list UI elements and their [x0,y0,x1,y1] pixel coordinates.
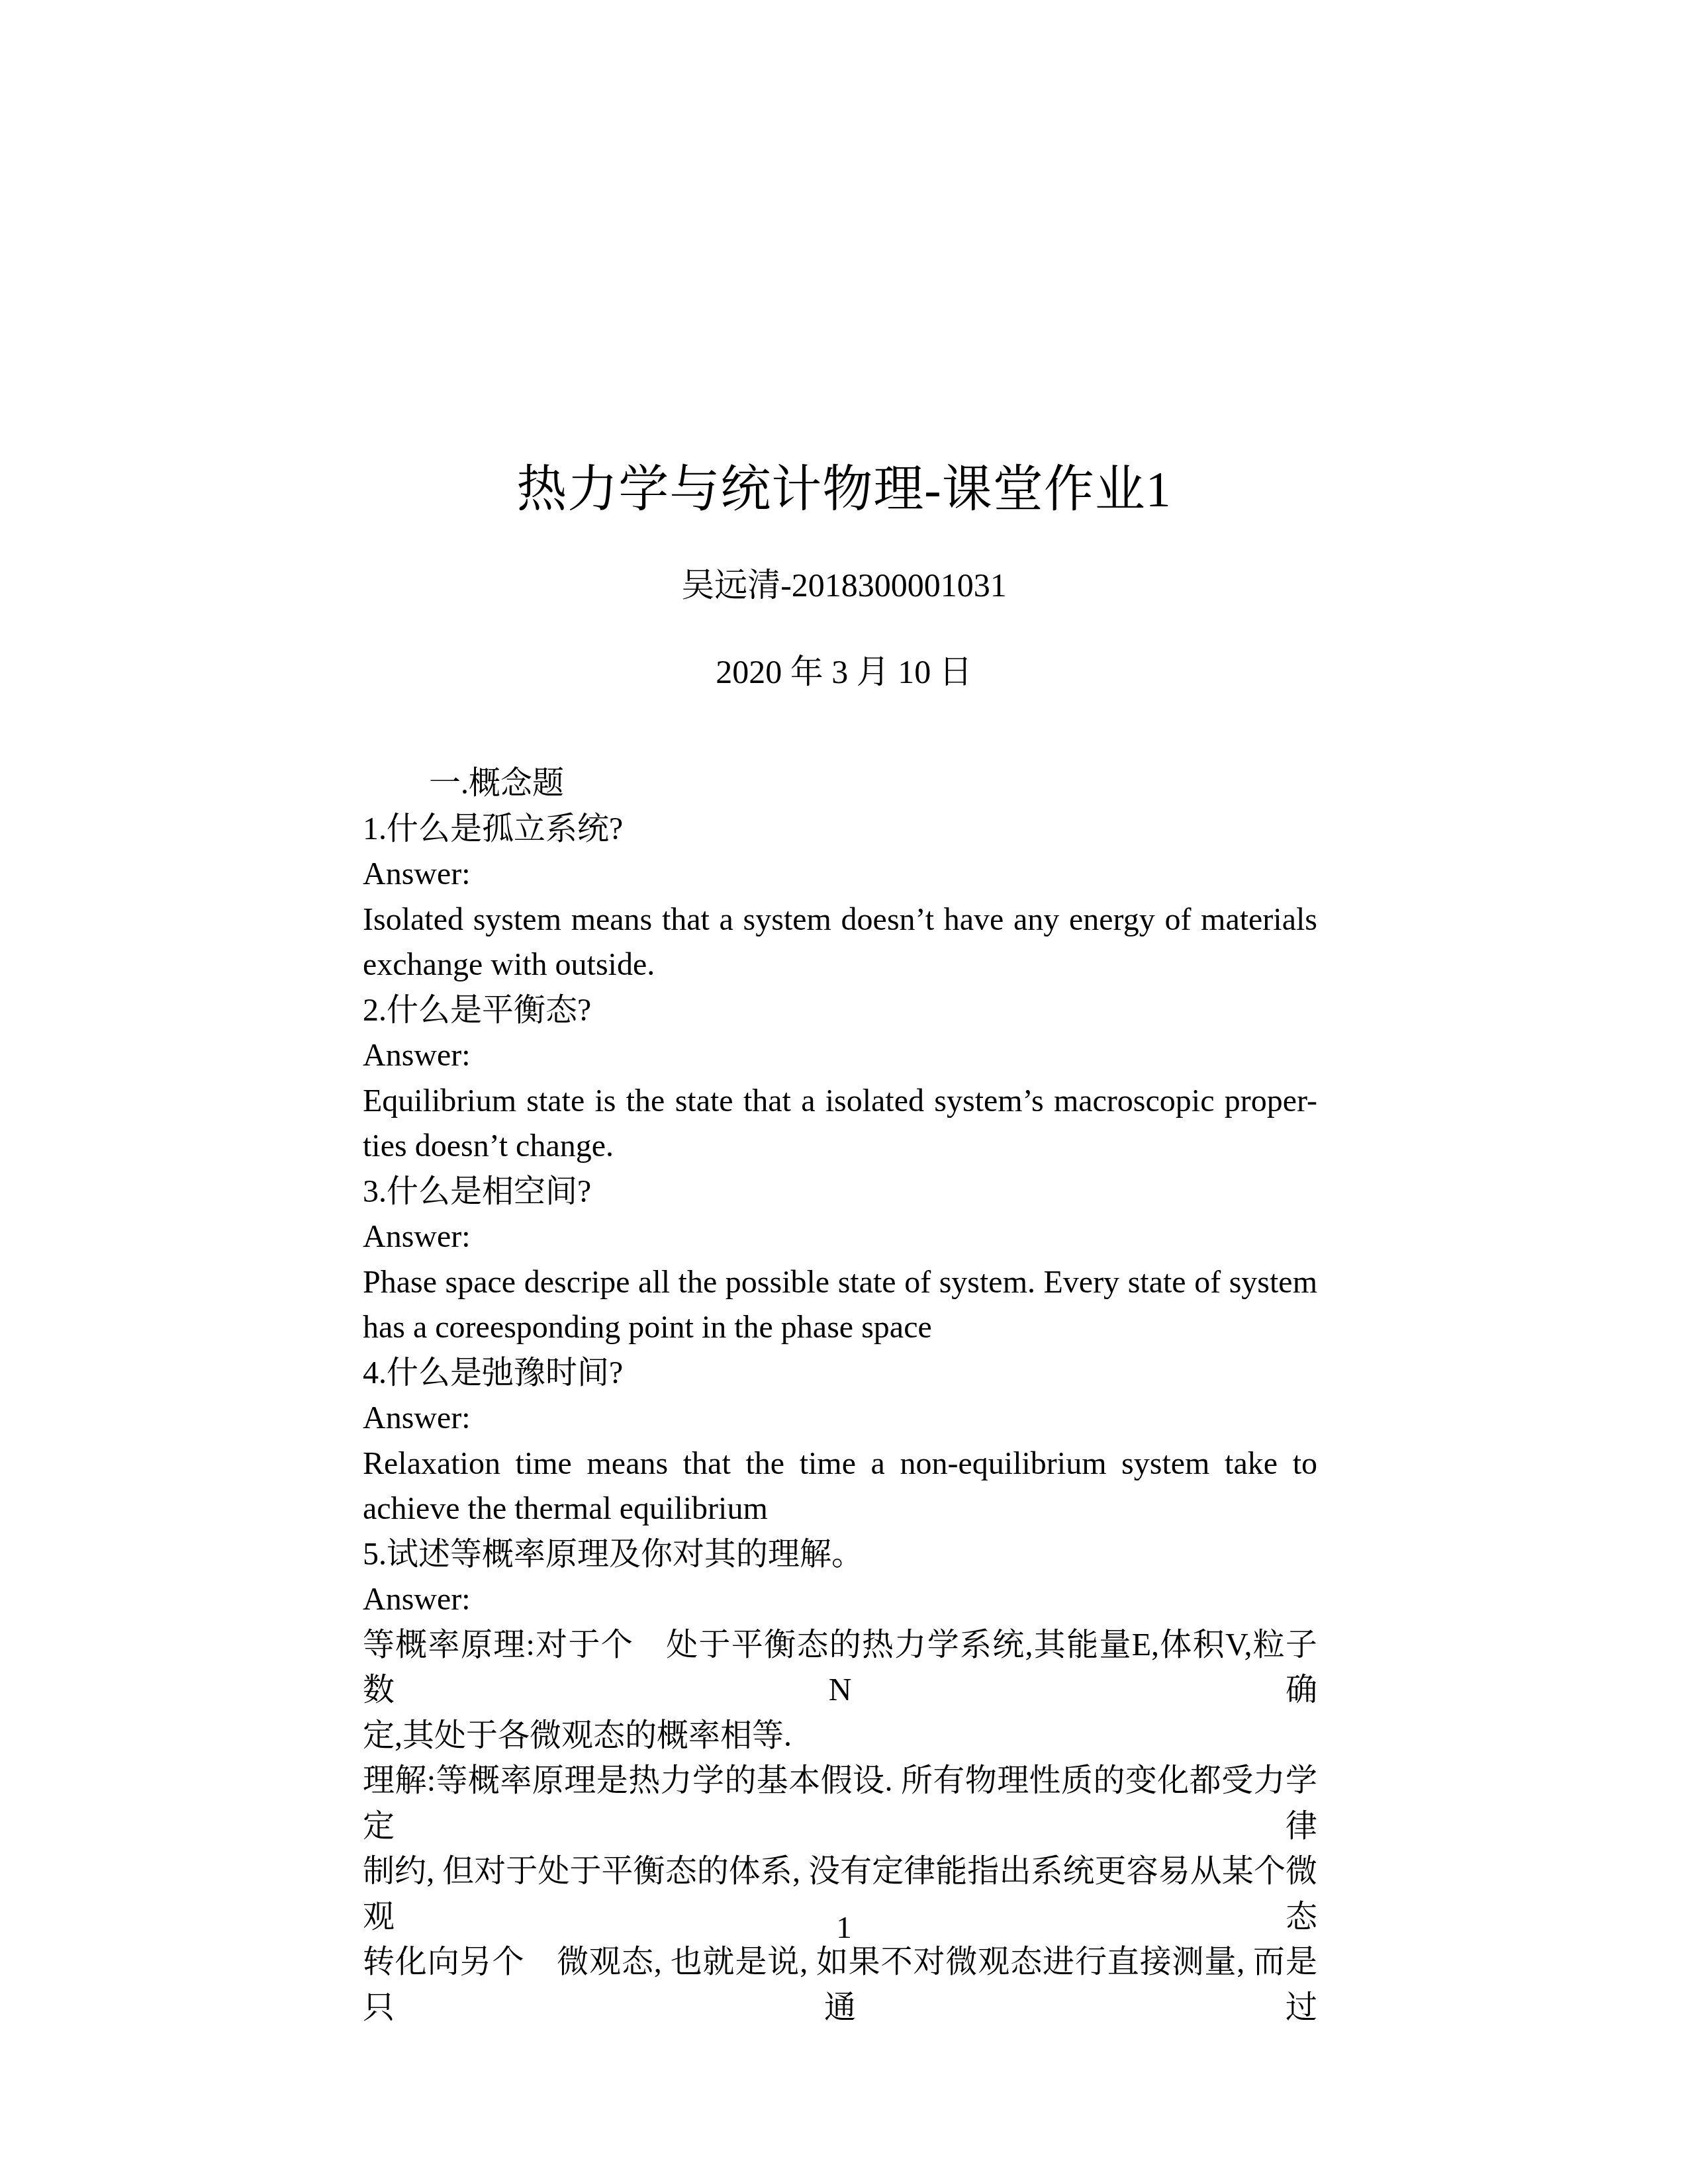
text-line: Equilibrium state is the state that a is… [363,1079,1317,1124]
document-page: 热力学与统计物理-课堂作业1 吴远清-2018300001031 2020 年 … [0,0,1688,2184]
body-text: 一.概念题1.什么是孤立系统?Answer:Isolated system me… [363,761,1317,2030]
text-line: 2.什么是平衡态? [363,988,1317,1034]
text-line: 等概率原理:对于个 处于平衡态的热力学系统,其能量E,体积V,粒子数N确 [363,1623,1317,1713]
text-line: achieve the thermal equilibrium [363,1486,1317,1532]
text-line: 一.概念题 [363,761,1383,807]
text-line: 转化向另个 微观态, 也就是说, 如果不对微观态进行直接测量, 而是只通过 [363,1940,1317,2030]
text-line: 理解:等概率原理是热力学的基本假设. 所有物理性质的变化都受力学定律 [363,1758,1317,1849]
text-line: 1.什么是孤立系统? [363,807,1317,852]
text-line: Answer: [363,1214,1317,1260]
text-line: Answer: [363,1033,1317,1079]
text-line: Answer: [363,852,1317,897]
text-line: Phase space descripe all the possible st… [363,1260,1317,1306]
text-line: ties doesn’t change. [363,1124,1317,1169]
author-line: 吴远清-2018300001031 [0,565,1688,606]
text-line: 定,其处于各微观态的概率相等. [363,1713,1317,1759]
page-title: 热力学与统计物理-课堂作业1 [0,457,1688,523]
text-line: Answer: [363,1577,1317,1623]
text-line: has a coreesponding point in the phase s… [363,1305,1317,1351]
text-line: Relaxation time means that the time a no… [363,1441,1317,1487]
text-line: exchange with outside. [363,942,1317,988]
text-line: 4.什么是弛豫时间? [363,1351,1317,1396]
text-line: Answer: [363,1396,1317,1441]
text-line: 5.试述等概率原理及你对其的理解。 [363,1532,1317,1578]
text-line: 3.什么是相空间? [363,1169,1317,1215]
date-line: 2020 年 3 月 10 日 [0,651,1688,692]
page-number: 1 [0,1908,1688,1948]
text-line: Isolated system means that a system does… [363,897,1317,943]
